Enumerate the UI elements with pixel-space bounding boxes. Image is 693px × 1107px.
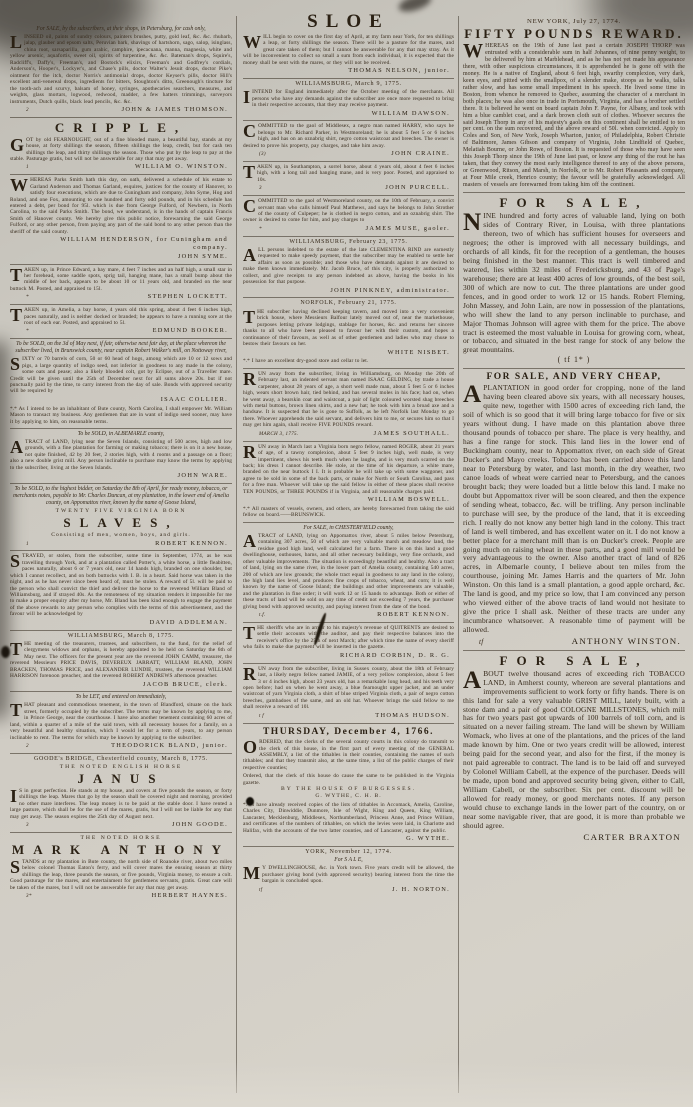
footnote-mark: tf <box>243 887 262 893</box>
ad-signature-row: G. WYTHE. <box>243 835 454 843</box>
ad-body: COMMITTED to the gaol of Middlesex, a ne… <box>243 123 454 149</box>
ad-body: A TRACT of LAND, lying on Appomattox riv… <box>243 533 454 610</box>
ad-centered-line: ( tf 1* ) <box>463 355 685 364</box>
ad-block: NEW YORK, July 27, 1774.FIFTY POUNDS REW… <box>463 16 685 192</box>
footnote-mark: 3 <box>243 185 262 191</box>
ad-body: STRAYED, or stolen, from the subscriber,… <box>10 553 232 618</box>
ad-signature-row: 2JOHN & JAMES THOMSON. <box>10 106 232 114</box>
signature: CARTER BRAXTON <box>583 832 685 843</box>
ad-block: WILLIAMSBURG, March 8, 1775.THE meeting … <box>10 630 232 692</box>
ad-block: TAKEN up, in Prince Edward, a bay mare, … <box>10 264 232 305</box>
ad-signature-row: THOMAS NELSON, junior. <box>243 67 454 75</box>
ad-dateline: NEW YORK, July 27, 1774. <box>463 18 685 26</box>
signature: ROBERT KENNON. <box>155 540 232 548</box>
ad-signature-row: *STEPHEN LOCKETT. <box>10 293 232 301</box>
ad-block: For SALE, by the subscribers, at their s… <box>10 24 232 117</box>
ad-body: RUN away from the subscriber, living in … <box>243 666 454 711</box>
footnote-mark: 1 <box>10 541 29 547</box>
signature: WILLIAM BOSWELL. <box>368 496 454 504</box>
signature: JACOB BRUCE, clerk. <box>143 681 232 689</box>
ad-opener: To be SOLD, in ALBEMARLE county, <box>10 431 232 438</box>
signature: ISAAC COLLIER. <box>161 396 232 404</box>
ad-signature-row: WILLIAM DAWSON. <box>243 110 454 118</box>
scan-shadow-left-edge <box>0 340 8 720</box>
ad-block: FOR SALE,ABOUT twelve thousand acres of … <box>463 650 685 846</box>
ad-signature-row: JACOB BRUCE, clerk. <box>10 681 232 689</box>
ad-block: STRAYED, or stolen, from the subscriber,… <box>10 550 232 629</box>
signature: JOHN WARE. <box>178 472 232 480</box>
ad-footnote: *.* As I intend to be an inhabitant of B… <box>10 406 232 425</box>
ad-body: ABOUT twelve thousand acres of exceeding… <box>463 670 685 831</box>
ad-signature-row: tfANTHONY WINSTON. <box>463 636 685 647</box>
ink-blot <box>1 646 10 658</box>
ad-signature-row: JOHN WARE. <box>10 472 232 480</box>
signature: DAVID ADDLEMAN. <box>150 619 232 627</box>
ad-block: SLOEWILL begin to cover on the first day… <box>243 8 454 78</box>
ad-body: IS in great perfection. He stands at my … <box>10 788 232 820</box>
ad-footnote: *.* I have an excellent dry-good store a… <box>243 358 454 364</box>
signature: ANTHONY WINSTON. <box>572 636 685 647</box>
ad-centered-line: G. WYTHE, C. H. B. <box>243 793 454 800</box>
ad-footnote: Ordered, that the clerk of this house do… <box>243 773 454 786</box>
signature: WHITE NISBET. <box>388 349 454 357</box>
ad-block: To be SOLD, to the highest bidder, on Sa… <box>10 483 232 550</box>
ad-headline-small: THURSDAY, December 4, 1766. <box>243 727 454 739</box>
ad-body: WILL begin to cover on the first day of … <box>243 34 454 66</box>
ad-headline: CRIPPLE, <box>10 121 232 136</box>
signature: JOHN PINKNEY, administrator. <box>330 287 454 295</box>
footnote-mark: t f <box>243 713 264 719</box>
ad-signature-row: ISAAC COLLIER. <box>10 396 232 404</box>
footnote-mark: t.f. <box>243 612 266 618</box>
ad-block: CRIPPLE,GOT by old FEARNOUGHT, out of a … <box>10 117 232 175</box>
ad-body: TAKEN up, in Prince Edward, a bay mare, … <box>10 267 232 293</box>
footnote-mark: 3* <box>10 893 32 899</box>
ad-block: WHEREAS Parks Smith hath this day, on oa… <box>10 174 232 263</box>
ad-signature-row: WILLIAM HENDERSON, for Cuningham and com… <box>10 236 232 252</box>
ad-signature-row: 1ROBERT KENNON. <box>10 540 232 548</box>
ad-opener: To be LET, and entered on immediately, <box>10 694 232 701</box>
ad-dateline: GOODE's BRIDGE, Chesterfield county, Mar… <box>10 756 232 763</box>
ad-subheading: BY THE HOUSE OF BURGESSES. <box>243 786 454 793</box>
ad-block: THE sheriffs who are in arrear to his ma… <box>243 622 454 663</box>
ad-dateline: WILLIAMSBURG, February 23, 1775. <box>243 239 454 246</box>
signature: WILLIAM HENDERSON, for Cuningham and com… <box>26 236 232 252</box>
ad-dateline: NORFOLK, February 21, 1775. <box>243 300 454 307</box>
ad-block: THE NOTED HORSEMARK ANTHONYSTANDS at my … <box>10 832 232 903</box>
signature: THOMAS NELSON, junior. <box>348 67 454 75</box>
ad-signature-row: JOHN PINKNEY, administrator. <box>243 287 454 295</box>
ad-block: FOR SALE,NINE hundred and forty acres of… <box>463 192 685 368</box>
ad-block: FOR SALE, AND VERY CHEAP,A PLANTATION in… <box>463 368 685 650</box>
ad-signature-row: 3JOHN GOODE. <box>10 821 232 829</box>
signature: JOHN GOODE. <box>172 821 232 829</box>
ad-signature-row: 3*HERBERT HAYNES. <box>10 892 232 900</box>
signature: JOHN SYME. <box>178 253 232 261</box>
ad-body: TAKEN up, in Southampton, a sorrel horse… <box>243 164 454 183</box>
ad-headline: MARK ANTHONY <box>10 843 232 858</box>
ad-body: COMMITTED to the gaol of Westmoreland co… <box>243 198 454 224</box>
ad-body: NINE hundred and forty acres of valuable… <box>463 212 685 355</box>
ad-subheading: THE NOTED ENGLISH HORSE <box>10 764 232 771</box>
ad-footnote: *.* I have already received copies of th… <box>243 802 454 834</box>
ad-dateline: WILLIAMSBURG, March 9, 1775. <box>243 81 454 88</box>
ad-body: THE subscriber having declined keeping t… <box>243 309 454 348</box>
signature: JOHN PURCELL. <box>385 184 454 192</box>
signature: WILLIAM DAWSON. <box>372 110 454 118</box>
ad-signature-row: CARTER BRAXTON <box>463 832 685 843</box>
ad-block: YORK, November 12, 1774.For S A L E,MY D… <box>243 846 454 896</box>
ad-block: TAKEN up, in Amelia, a bay horse, 4 year… <box>10 304 232 338</box>
signature: HERBERT HAYNES. <box>152 892 232 900</box>
footnote-mark: 3 <box>10 822 29 828</box>
ad-headline: JANUS <box>10 772 232 787</box>
ad-block: For SALE, in CHESTERFIELD county,A TRACT… <box>243 522 454 622</box>
ad-signature-row: DAVID ADDLEMAN. <box>10 619 232 627</box>
ad-headline: SLAVES, <box>10 516 232 531</box>
ad-block: RUN away in March last a Virginia born n… <box>243 441 454 522</box>
ad-headline: FOR SALE, <box>463 196 685 211</box>
ad-body: LINSEED oil, paints of sundry colours, p… <box>10 34 232 105</box>
ad-body: THAT pleasant and commodious tenement, i… <box>10 702 232 741</box>
footnote-mark: * <box>243 226 262 232</box>
signature: JOHN CRAINE. <box>391 150 454 158</box>
ad-block: To be SOLD, in ALBEMARLE county,A TRACT … <box>10 428 232 483</box>
footnote-mark: 2 <box>10 743 29 749</box>
ad-signature-row: 2THEODORICK BLAND, junior. <box>10 742 232 750</box>
ad-body: A PLANTATION in good order for cropping,… <box>463 384 685 635</box>
signature: J. H. NORTON. <box>392 886 454 894</box>
ad-signature-row: (3)JOHN CRAINE. <box>243 150 454 158</box>
ad-opener: For S A L E, <box>243 857 454 864</box>
column-right: NEW YORK, July 27, 1774.FIFTY POUNDS REW… <box>463 0 685 1107</box>
ad-block: To be LET, and entered on immediately,TH… <box>10 691 232 752</box>
signature: WILLIAM O. WINSTON. <box>135 163 232 171</box>
ad-signature-row: WILLIAM BOSWELL. <box>243 496 454 504</box>
ad-headline: FIFTY POUNDS REWARD. <box>463 27 685 42</box>
column-center: SLOEWILL begin to cover on the first day… <box>243 0 454 1107</box>
signature: STEPHEN LOCKETT. <box>148 293 232 301</box>
footnote-mark: MARCH 3, 1775. <box>243 431 298 437</box>
ad-dateline: YORK, November 12, 1774. <box>243 849 454 856</box>
ad-signature-row: *JAMES MUSE, gaoler. <box>243 225 454 233</box>
ad-block: WILLIAMSBURG, February 23, 1775.ALL pers… <box>243 236 454 298</box>
ad-signature-row: t fTHOMAS HUDSON. <box>243 712 454 720</box>
ad-signature-row: RICHARD CORBIN, D. R. G. <box>243 652 454 660</box>
signature: G. WYTHE. <box>406 835 454 843</box>
ad-signature-row: *EDMUND BOOKER. <box>10 327 232 335</box>
ad-body: WHEREAS on the 19th of June last past a … <box>463 43 685 189</box>
footnote-mark: * <box>10 294 29 300</box>
ad-opener: For SALE, in CHESTERFIELD county, <box>243 525 454 532</box>
signature: EDMUND BOOKER. <box>153 327 232 335</box>
ad-headline-large: SLOE <box>243 12 454 33</box>
ad-body: MY DWELLINGHOUSE, &c. in York town. Five… <box>243 865 454 884</box>
ad-subheading: TWENTY FIVE VIRGINIA BORN <box>10 508 232 515</box>
signature: THOMAS HUDSON. <box>375 712 454 720</box>
ad-block: TAKEN up, in Southampton, a sorrel horse… <box>243 161 454 195</box>
ad-body: WHEREAS Parks Smith hath this day, on oa… <box>10 177 232 235</box>
ad-body: THE sheriffs who are in arrear to his ma… <box>243 625 454 651</box>
newspaper-page: For SALE, by the subscribers, at their s… <box>0 0 693 1107</box>
footnote-mark: tf <box>463 638 484 647</box>
ad-block: COMMITTED to the gaol of Middlesex, a ne… <box>243 120 454 161</box>
ad-block: RUN away from the subscriber, living in … <box>243 368 454 441</box>
ad-signature-row: 3JOHN PURCELL. <box>243 184 454 192</box>
ad-signature-row: WHITE NISBET. <box>243 349 454 357</box>
ad-block: COMMITTED to the gaol of Westmoreland co… <box>243 195 454 236</box>
ad-footnote: *.* All masters of vessels, owners, and … <box>243 506 454 519</box>
ad-body: TAKEN up, in Amelia, a bay horse, 4 year… <box>10 307 232 326</box>
column-left: For SALE, by the subscribers, at their s… <box>10 0 232 1107</box>
signature: JAMES SOUTHALL. <box>374 430 454 438</box>
signature: JAMES MUSE, gaoler. <box>366 225 454 233</box>
ad-body: THE meeting of the treasurers, trustees,… <box>10 641 232 680</box>
ad-block: THURSDAY, December 4, 1766.ORDERED, that… <box>243 723 454 846</box>
ad-body: ALL persons indebted to the estate of th… <box>243 247 454 286</box>
ad-body: A TRACT of LAND, lying near the Seven Is… <box>10 439 232 471</box>
footnote-mark: 1 <box>10 164 29 170</box>
ad-centered-line: Consisting of men, women, boys, and girl… <box>10 532 232 539</box>
footnote-mark: (3) <box>243 151 266 157</box>
column-rule <box>458 16 459 1093</box>
ad-body: RUN away in March last a Virginia born n… <box>243 444 454 496</box>
ad-signature-row: t.f.ROBERT KENNON. <box>243 611 454 619</box>
ad-signature-row: 1WILLIAM O. WINSTON. <box>10 163 232 171</box>
column-rule <box>236 16 237 1093</box>
ad-opener: To be SOLD, to the highest bidder, on Sa… <box>10 486 232 507</box>
ad-block: NORFOLK, February 21, 1775.THE subscribe… <box>243 297 454 367</box>
ad-block: GOODE's BRIDGE, Chesterfield county, Mar… <box>10 753 232 832</box>
ad-signature-row: JOHN SYME. <box>10 253 232 261</box>
ad-dateline: WILLIAMSBURG, March 8, 1775. <box>10 633 232 640</box>
signature: JOHN & JAMES THOMSON. <box>122 106 232 114</box>
ad-body: RUN away from the subscriber, living in … <box>243 371 454 429</box>
ad-block: RUN away from the subscriber, living in … <box>243 663 454 723</box>
ad-body: GOT by old FEARNOUGHT, out of a fine blo… <box>10 137 232 163</box>
ad-opener: For SALE, by the subscribers, at their s… <box>10 26 232 33</box>
ad-signature-row: MARCH 3, 1775.JAMES SOUTHALL. <box>243 430 454 438</box>
ad-headline-small: FOR SALE, AND VERY CHEAP, <box>463 372 685 383</box>
ad-headline: FOR SALE, <box>463 654 685 669</box>
footnote-mark: 2 <box>10 107 29 113</box>
ad-block: To be SOLD, on the 3d of May next, if fa… <box>10 338 232 428</box>
signature: ROBERT KENNON. <box>377 611 454 619</box>
ad-body: ORDERED, that the clerks of the several … <box>243 739 454 771</box>
ad-block: WILLIAMSBURG, March 9, 1775.I INTEND for… <box>243 78 454 120</box>
ad-body: STANDS at my plantation in Bute county, … <box>10 859 232 891</box>
ad-subheading: THE NOTED HORSE <box>10 835 232 842</box>
footnote-mark: * <box>10 328 29 334</box>
ad-opener: To be SOLD, on the 3d of May next, if fa… <box>10 341 232 355</box>
ad-body: SIXTY or 70 barrels of corn, 50 or 60 he… <box>10 356 232 395</box>
signature: THEODORICK BLAND, junior. <box>111 742 232 750</box>
ad-signature-row: tfJ. H. NORTON. <box>243 886 454 894</box>
ad-body: I INTEND for England immediately after t… <box>243 89 454 108</box>
signature: RICHARD CORBIN, D. R. G. <box>340 652 454 660</box>
